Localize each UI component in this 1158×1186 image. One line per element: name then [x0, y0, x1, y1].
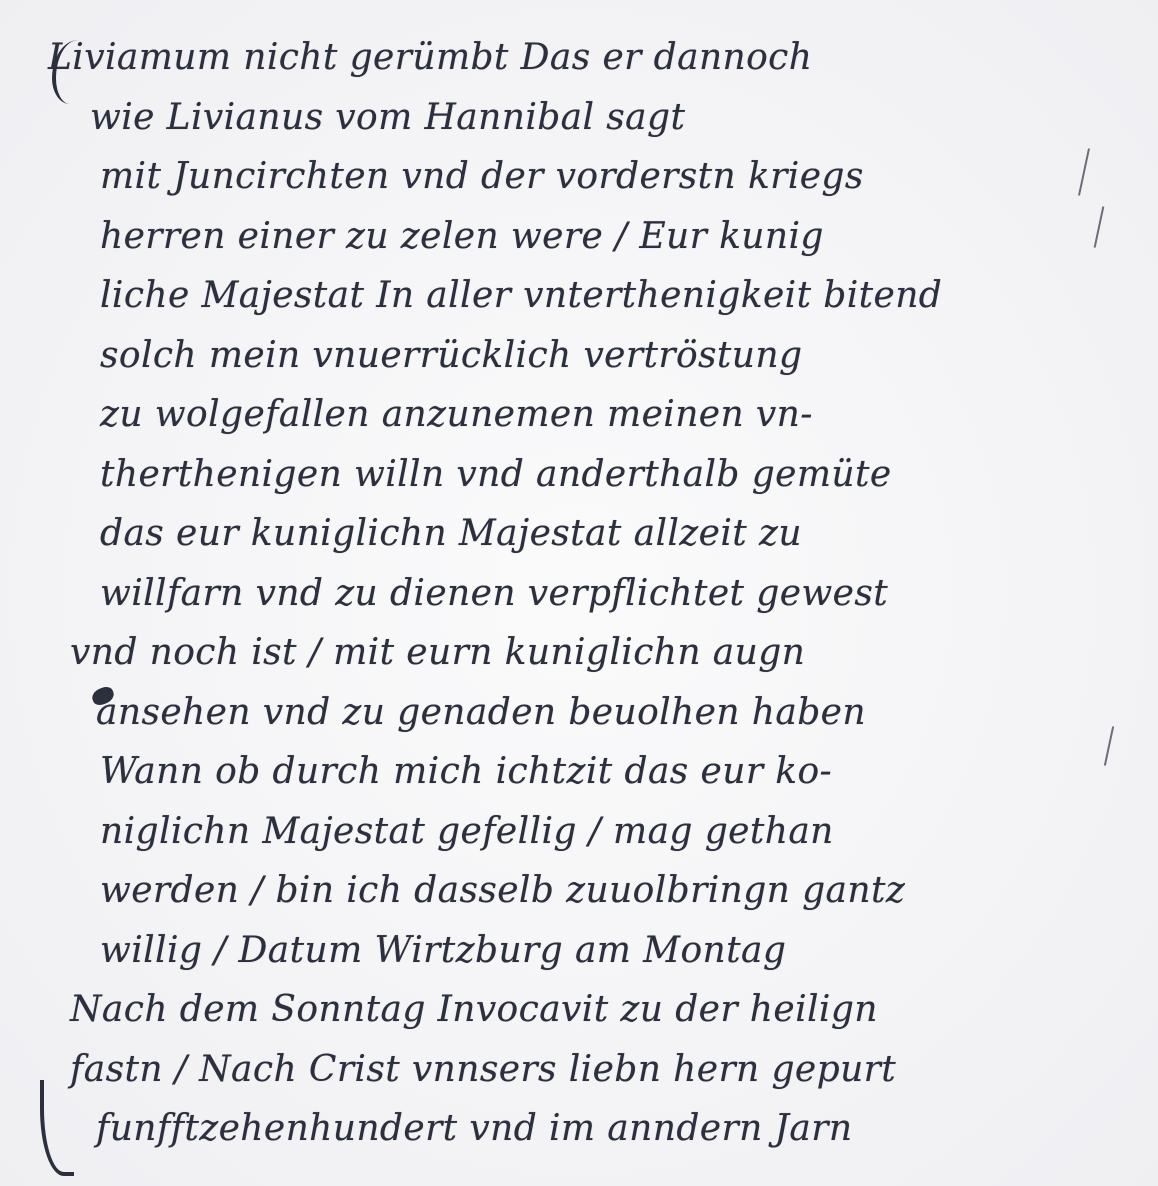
manuscript-line: niglichn Majestat gefellig / mag gethan	[40, 802, 1130, 862]
manuscript-line: therthenigen willn vnd anderthalb gemüte	[40, 445, 1130, 505]
manuscript-line: das eur kuniglichn Majestat allzeit zu	[40, 504, 1130, 564]
manuscript-line: ansehen vnd zu genaden beuolhen haben	[40, 683, 1130, 743]
manuscript-line: liche Majestat In aller vnterthenigkeit …	[40, 266, 1130, 326]
manuscript-line: werden / bin ich dasselb zuuolbringn gan…	[40, 861, 1130, 921]
manuscript-line: Nach dem Sonntag Invocavit zu der heilig…	[40, 980, 1130, 1040]
manuscript-line: fastn / Nach Crist vnnsers liebn hern ge…	[40, 1040, 1130, 1100]
manuscript-line: willig / Datum Wirtzburg am Montag	[40, 921, 1130, 981]
manuscript-line: Wann ob durch mich ichtzit das eur ko-	[40, 742, 1130, 802]
manuscript-page: Liviamum nicht gerümbt Das er dannoch wi…	[0, 0, 1158, 1186]
manuscript-line: vnd noch ist / mit eurn kuniglichn augn	[40, 623, 1130, 683]
manuscript-line: zu wolgefallen anzunemen meinen vn-	[40, 385, 1130, 445]
handwritten-text-block: Liviamum nicht gerümbt Das er dannoch wi…	[40, 28, 1130, 1159]
manuscript-line: mit Juncirchten vnd der vorderstn kriegs	[40, 147, 1130, 207]
manuscript-line: willfarn vnd zu dienen verpflichtet gewe…	[40, 564, 1130, 624]
manuscript-line: solch mein vnuerrücklich vertröstung	[40, 326, 1130, 386]
manuscript-line: herren einer zu zelen were / Eur kunig	[40, 207, 1130, 267]
manuscript-line: funfftzehenhundert vnd im anndern Jarn	[40, 1099, 1130, 1159]
manuscript-line: Liviamum nicht gerümbt Das er dannoch	[40, 28, 1130, 88]
manuscript-line: wie Livianus vom Hannibal sagt	[40, 88, 1130, 148]
